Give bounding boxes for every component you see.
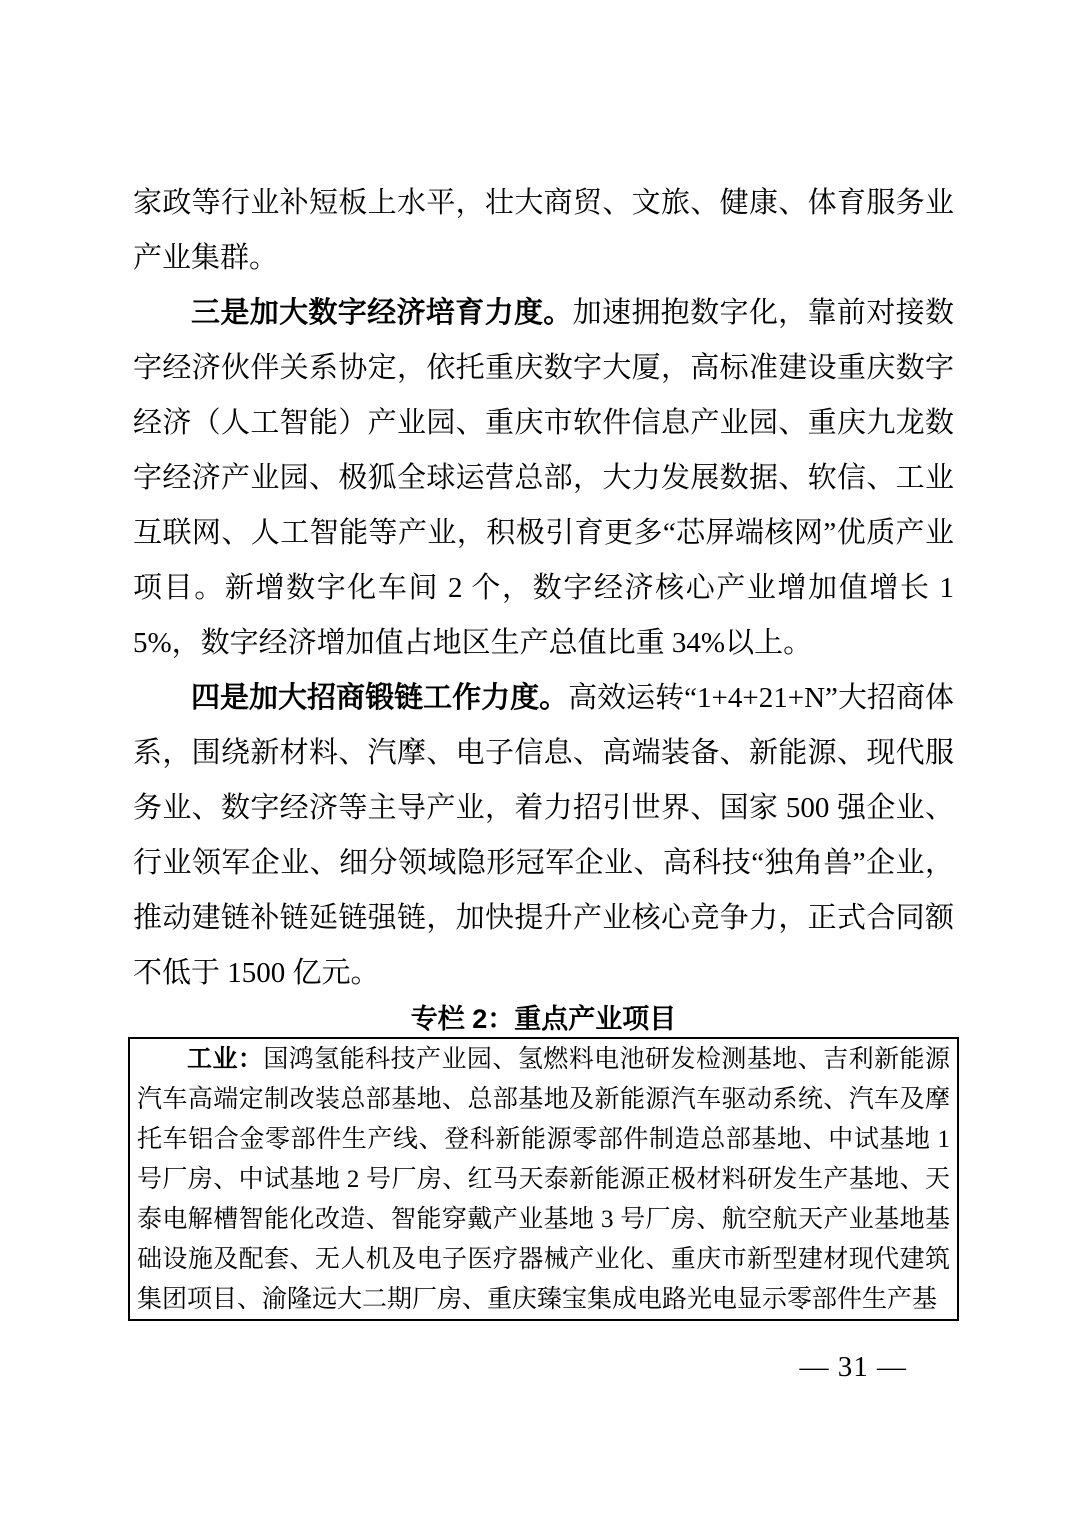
paragraph-investment-text: 高效运转“1+4+21+N”大招商体系，围绕新材料、汽摩、电子信息、高端装备、新…	[133, 682, 954, 989]
paragraph-investment-lead: 四是加大招商锻链工作力度。	[191, 682, 568, 714]
paragraph-continuation-text: 家政等行业补短板上水平，壮大商贸、文旅、健康、体育服务业产业集群。	[133, 187, 954, 274]
document-body: 家政等行业补短板上水平，壮大商贸、文旅、健康、体育服务业产业集群。 三是加大数字…	[133, 176, 954, 1321]
paragraph-continuation: 家政等行业补短板上水平，壮大商贸、文旅、健康、体育服务业产业集群。	[133, 176, 954, 286]
key-projects-box: 工业：国鸿氢能科技产业园、氢燃料电池研发检测基地、吉利新能源汽车高端定制改装总部…	[128, 1037, 959, 1321]
industry-projects-text: 国鸿氢能科技产业园、氢燃料电池研发检测基地、吉利新能源汽车高端定制改装总部基地、…	[137, 1046, 950, 1313]
industry-label: 工业：	[187, 1045, 263, 1073]
paragraph-digital-economy-lead: 三是加大数字经济培育力度。	[191, 297, 573, 329]
key-projects-industry-paragraph: 工业：国鸿氢能科技产业园、氢燃料电池研发检测基地、吉利新能源汽车高端定制改装总部…	[137, 1039, 950, 1320]
column-box-title: 专栏 2：重点产业项目	[133, 1003, 954, 1036]
document-page: 家政等行业补短板上水平，壮大商贸、文旅、健康、体育服务业产业集群。 三是加大数字…	[0, 0, 1074, 1520]
paragraph-digital-economy-text: 加速拥抱数字化，靠前对接数字经济伙伴关系协定，依托重庆数字大厦，高标准建设重庆数…	[133, 297, 954, 659]
page-number: — 31 —	[800, 1350, 908, 1384]
paragraph-digital-economy: 三是加大数字经济培育力度。加速拥抱数字化，靠前对接数字经济伙伴关系协定，依托重庆…	[133, 286, 954, 671]
paragraph-investment: 四是加大招商锻链工作力度。高效运转“1+4+21+N”大招商体系，围绕新材料、汽…	[133, 671, 954, 1001]
